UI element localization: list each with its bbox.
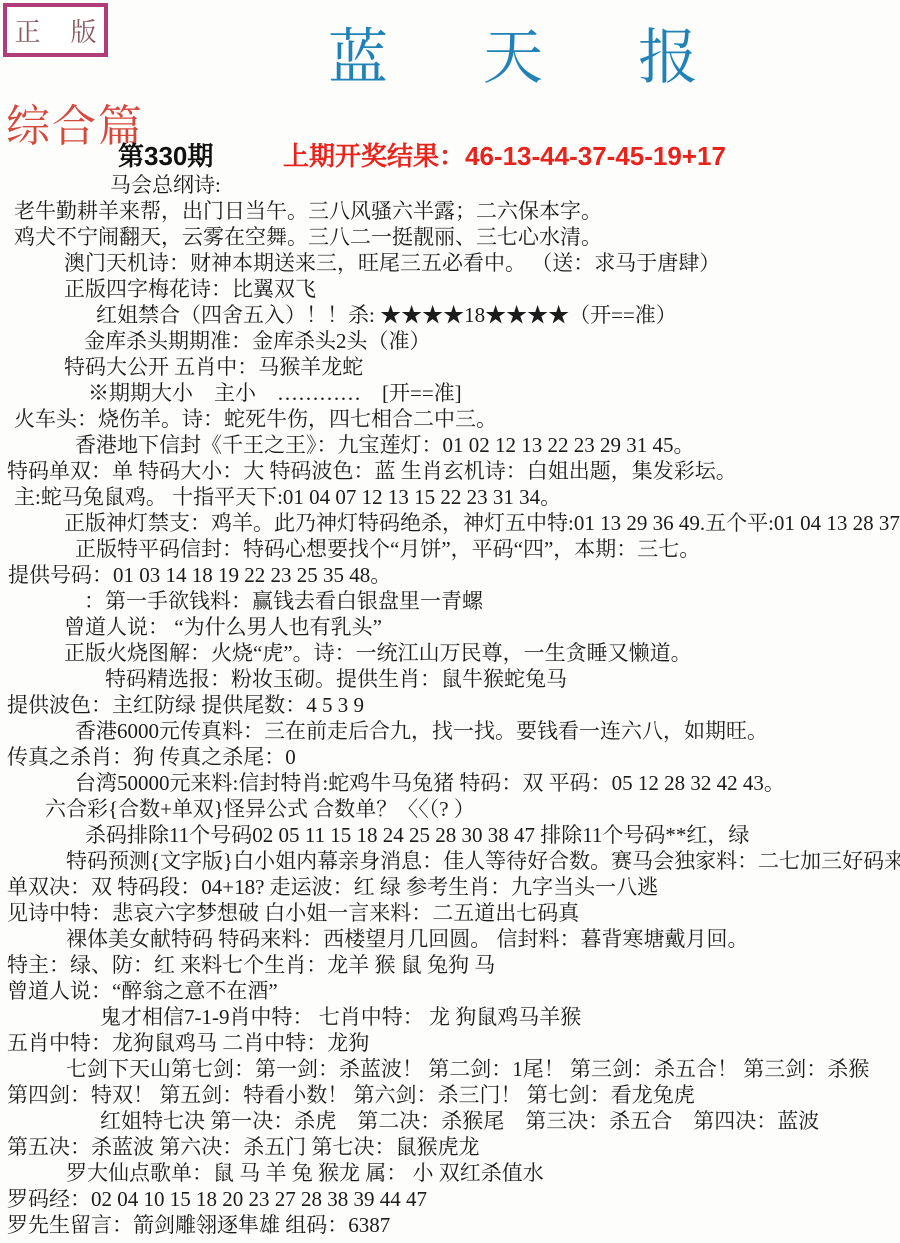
tip-line: 第四剑：特双！ 第五剑：特看小数！ 第六剑：杀三门！ 第七剑：看龙兔虎	[0, 1082, 900, 1108]
tip-line: 特码单双：单 特码大小：大 特码波色：蓝 生肖玄机诗：白姐出题，集发彩坛。	[0, 458, 900, 484]
tip-line: 马会总纲诗:	[0, 172, 900, 198]
tip-line: 单双决：双 特码段：04+18? 走运波：红 绿 参考生肖：九字当头一八逃	[0, 874, 900, 900]
tip-line: 澳门天机诗：财神本期送来三，旺尾三五必看中。 （送：求马于唐肆）	[0, 250, 900, 276]
tip-line: 正版神灯禁支：鸡羊。此乃神灯特码绝杀，神灯五中特:01 13 29 36 49.…	[0, 510, 900, 536]
tip-line: 杀码排除11个号码02 05 11 15 18 24 25 28 30 38 4…	[0, 822, 900, 848]
tip-line: 罗先生留言：箭剑雕翎逐隼雄 组码：6387	[0, 1212, 900, 1238]
tip-line: 金库杀头期期准：金库杀头2头（准）	[0, 328, 900, 354]
tip-line: 特码预测{文字版}白小姐内幕亲身消息：佳人等待好合数。赛马会独家料：二七加三好码…	[0, 848, 900, 874]
tip-line: 主:蛇马兔鼠鸡。 十指平天下:01 04 07 12 13 15 22 23 3…	[0, 484, 900, 510]
issue-row: 第330期 上期开奖结果：46-13-44-37-45-19+17	[0, 136, 900, 166]
tip-line: ：第一手欲钱料：赢钱去看白银盘里一青螺	[0, 588, 900, 614]
tip-line: 罗大仙点歌单：鼠 马 羊 兔 猴龙 属： 小 双红杀值水	[0, 1160, 900, 1186]
tip-line: 提供号码：01 03 14 18 19 22 23 25 35 48。	[0, 562, 900, 588]
tip-line: 香港6000元传真料：三在前走后合九，找一找。要钱看一连六八，如期旺。	[0, 718, 900, 744]
tip-line: 台湾50000元来料:信封特肖:蛇鸡牛马兔猪 特码：双 平码：05 12 28 …	[0, 770, 900, 796]
tip-line: 特主：绿、防：红 来料七个生肖：龙羊 猴 鼠 兔狗 马	[0, 952, 900, 978]
tip-line: 老牛勤耕羊来帮，出门日当午。三八风骚六半露；二六保本字。	[0, 198, 900, 224]
tips-text-block: 马会总纲诗:老牛勤耕羊来帮，出门日当午。三八风骚六半露；二六保本字。鸡犬不宁闹翻…	[0, 172, 900, 1238]
tip-line: 罗码经：02 04 10 15 18 20 23 27 28 38 39 44 …	[0, 1186, 900, 1212]
tip-line: 裸体美女献特码 特码来料：西楼望月几回圆。 信封料：暮背寒塘戴月回。	[0, 926, 900, 952]
tip-line: 特码大公开 五肖中：马猴羊龙蛇	[0, 354, 900, 380]
tip-line: 第五决：杀蓝波 第六决：杀五门 第七决：鼠猴虎龙	[0, 1134, 900, 1160]
last-draw-result: 上期开奖结果：46-13-44-37-45-19+17	[283, 136, 726, 173]
tip-line: 曾道人说： “为什么男人也有乳头”	[0, 614, 900, 640]
tip-line: 红姐特七决 第一决：杀虎 第二决：杀猴尾 第三决：杀五合 第四决：蓝波	[0, 1108, 900, 1134]
tip-line: 传真之杀肖：狗 传真之杀尾：0	[0, 744, 900, 770]
tip-line: 六合彩{合数+单双}怪异公式 合数单？〈〈（? ）	[0, 796, 900, 822]
tip-line: 香港地下信封《千王之王》：九宝莲灯：01 02 12 13 22 23 29 3…	[0, 432, 900, 458]
tip-line: 曾道人说：“醉翁之意不在酒”	[0, 978, 900, 1004]
tip-line: 七剑下天山第七剑：第一剑：杀蓝波！ 第二剑：1尾！ 第三剑：杀五合！ 第三剑：杀…	[0, 1056, 900, 1082]
tip-line: 见诗中特：悲哀六字梦想破 白小姐一言来料：二五道出七码真	[0, 900, 900, 926]
issue-number: 第330期	[118, 136, 213, 173]
tip-line: 正版火烧图解：火烧“虎”。诗：一统江山万民尊，一生贪睡又懒道。	[0, 640, 900, 666]
edition-box: 正版	[3, 3, 108, 57]
tip-line: 鸡犬不宁闹翻天，云雾在空舞。三八二一挺靓丽、三七心水清。	[0, 224, 900, 250]
tip-line: 正版四字梅花诗：比翼双飞	[0, 276, 900, 302]
tip-line: 正版特平码信封：特码心想要找个“月饼”，平码“四”，本期：三七。	[0, 536, 900, 562]
edition-label: 正版	[14, 12, 126, 49]
tip-line: 火车头：烧伤羊。诗：蛇死牛伤，四七相合二中三。	[0, 406, 900, 432]
paper-title: 蓝天报	[328, 10, 793, 96]
tip-line: 红姐禁合（四舍五入）！！杀: ★★★★18★★★★（开==准）	[0, 302, 900, 328]
tip-line: 特码精选报：粉妆玉砌。提供生肖：鼠牛猴蛇兔马	[0, 666, 900, 692]
tip-line: ※期期大小 主小 ………… [开==准]	[0, 380, 900, 406]
tip-line: 提供波色：主红防绿 提供尾数：4 5 3 9	[0, 692, 900, 718]
tip-line: 五肖中特：龙狗鼠鸡马 二肖中特：龙狗	[0, 1030, 900, 1056]
tip-line: 鬼才相信7-1-9肖中特： 七肖中特： 龙 狗鼠鸡马羊猴	[0, 1004, 900, 1030]
newspaper-page: 正版 蓝天报 综合篇 第330期 上期开奖结果：46-13-44-37-45-1…	[0, 0, 900, 1243]
